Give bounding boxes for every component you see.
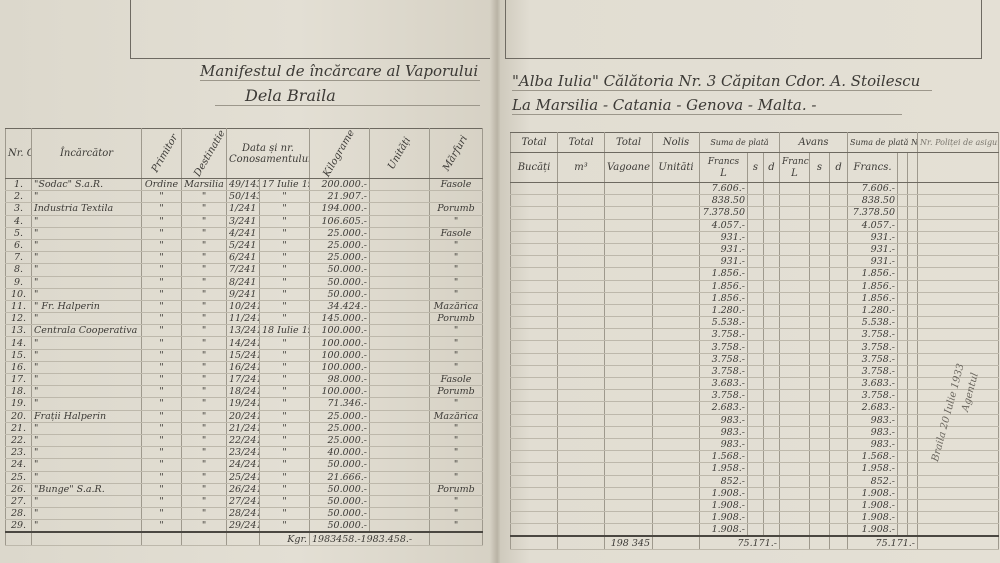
table-row: 3.758.-3.758.- <box>511 329 999 341</box>
cell-nr: 9. <box>6 276 32 288</box>
cell-kg: 25.000.- <box>310 227 370 239</box>
cell-shipper: "Sodac" S.a.R. <box>32 179 142 191</box>
left-page: Manifestul de încărcare al Vaporului Del… <box>0 0 497 563</box>
cell-amount-payable: 5.538.- <box>700 317 748 329</box>
cell-bl: 26/241 <box>227 483 260 495</box>
cell-nr: 11. <box>6 300 32 312</box>
cell-goods: " <box>430 447 483 459</box>
sub-d: d <box>764 153 780 183</box>
cell-shipper: " <box>32 215 142 227</box>
cell-shipper: " <box>32 276 142 288</box>
cell-bl: 24/241 <box>227 459 260 471</box>
sub-units: Unităti <box>653 153 700 183</box>
col-insurance-policy: Nr. Poliței de asigurare <box>918 133 999 153</box>
cell-amount-payable: 1.908.- <box>700 512 748 524</box>
cell-units <box>370 520 430 533</box>
cell-units <box>370 215 430 227</box>
cell-shipper: " <box>32 313 142 325</box>
cell-units <box>370 434 430 446</box>
cell-bl: 10/241 <box>227 300 260 312</box>
cell-amount-payable: 3.758.- <box>700 329 748 341</box>
table-row: 18."""18/241"100.000.-Porumb <box>6 386 483 398</box>
cell-nr: 6. <box>6 239 32 251</box>
table-row: 3.758.-3.758.- <box>511 390 999 402</box>
cell-units <box>370 203 430 215</box>
cell-destination: " <box>182 483 227 495</box>
cell-destination: " <box>182 398 227 410</box>
table-row: 1.908.-1.908.- <box>511 524 999 537</box>
cell-goods: Mazărica <box>430 410 483 422</box>
cell-nr: 2. <box>6 191 32 203</box>
table-row: 25."""25/241"21.666.-" <box>6 471 483 483</box>
cell-goods: " <box>430 239 483 251</box>
cell-units <box>370 398 430 410</box>
cell-destination: " <box>182 434 227 446</box>
col-units: Unități <box>370 129 430 179</box>
cell-kg: 21.907.- <box>310 191 370 203</box>
cell-bl: 4/241 <box>227 227 260 239</box>
cell-amount-payable: 1.958.- <box>700 463 748 475</box>
table-row: 1.908.-1.908.- <box>511 487 999 499</box>
cell-amount-net: 931.- <box>848 256 898 268</box>
cell-kg: 25.000.- <box>310 252 370 264</box>
cell-destination: " <box>182 325 227 337</box>
cell-units <box>370 361 430 373</box>
cell-goods <box>430 191 483 203</box>
cell-consignee: " <box>142 313 182 325</box>
sub-pieces: Bucăți <box>511 153 558 183</box>
cell-bl: 18/241 <box>227 386 260 398</box>
cell-amount-payable: 852.- <box>700 475 748 487</box>
table-row: 5."""4/241"25.000.-Fasole <box>6 227 483 239</box>
cell-consignee: " <box>142 422 182 434</box>
cell-amount-net: 3.758.- <box>848 365 898 377</box>
cell-amount-payable: 983.- <box>700 426 748 438</box>
cell-goods: Mazărica <box>430 300 483 312</box>
cell-units <box>370 264 430 276</box>
cell-shipper: " <box>32 422 142 434</box>
cell-amount-payable: 931.- <box>700 243 748 255</box>
freight-table: Total Total Total Nolis Suma de plată Av… <box>510 132 999 550</box>
cell-kg: 100.000.- <box>310 325 370 337</box>
cell-goods: " <box>430 361 483 373</box>
table-row: 4."""3/241"106.605.-" <box>6 215 483 227</box>
cell-amount-net: 2.683.- <box>848 402 898 414</box>
cell-shipper: " <box>32 361 142 373</box>
cell-amount-net: 1.908.- <box>848 512 898 524</box>
table-row: 1.568.-1.568.- <box>511 451 999 463</box>
table-row: 10."""9/241"50.000.-" <box>6 288 483 300</box>
ledger-spread: Manifestul de încărcare al Vaporului Del… <box>0 0 1000 563</box>
cell-bl: 49/143 <box>227 179 260 191</box>
cell-bl: 28/241 <box>227 508 260 520</box>
cell-nr: 10. <box>6 288 32 300</box>
cell-bl: 23/241 <box>227 447 260 459</box>
table-row: 27."""27/241"50.000.-" <box>6 495 483 507</box>
table-row: 22."""22/241"25.000.-" <box>6 434 483 446</box>
cell-destination: " <box>182 447 227 459</box>
cell-bl: 3/241 <box>227 215 260 227</box>
cell-amount-payable: 983.- <box>700 438 748 450</box>
cell-nr: 23. <box>6 447 32 459</box>
col-total-wagons: Total <box>605 133 653 153</box>
cell-nr: 18. <box>6 386 32 398</box>
cell-nr: 4. <box>6 215 32 227</box>
cell-nr: 21. <box>6 422 32 434</box>
table-row: 7.606.-7.606.- <box>511 183 999 195</box>
cell-amount-payable: 2.683.- <box>700 402 748 414</box>
cell-kg: 34.424.- <box>310 300 370 312</box>
cell-nr: 19. <box>6 398 32 410</box>
table-row: 852.-852.- <box>511 475 999 487</box>
cell-destination: " <box>182 300 227 312</box>
cell-bl: 22/241 <box>227 434 260 446</box>
cell-shipper: " <box>32 288 142 300</box>
cell-goods: " <box>430 349 483 361</box>
cell-consignee: " <box>142 386 182 398</box>
table-row: 26."Bunge" S.a.R.""26/241"50.000.-Porumb <box>6 483 483 495</box>
cell-nr: 1. <box>6 179 32 191</box>
cell-date: " <box>260 361 310 373</box>
cell-bl: 5/241 <box>227 239 260 251</box>
cell-shipper: " <box>32 374 142 386</box>
cell-units <box>370 483 430 495</box>
sub-net-francs: Francs. <box>848 153 898 183</box>
cell-destination: " <box>182 471 227 483</box>
cell-bl: 7/241 <box>227 264 260 276</box>
cell-date: " <box>260 215 310 227</box>
cell-goods: Porumb <box>430 203 483 215</box>
cell-units <box>370 179 430 191</box>
cell-destination: " <box>182 239 227 251</box>
cell-amount-net: 7.606.- <box>848 183 898 195</box>
cell-amount-net: 838.50 <box>848 195 898 207</box>
cell-amount-payable: 1.908.- <box>700 487 748 499</box>
cell-units <box>370 447 430 459</box>
table-row: 2."""50/143"21.907.- <box>6 191 483 203</box>
cell-date: " <box>260 337 310 349</box>
cell-date: " <box>260 447 310 459</box>
cell-destination: " <box>182 374 227 386</box>
cell-shipper: " <box>32 459 142 471</box>
cell-units <box>370 374 430 386</box>
cell-shipper: " <box>32 337 142 349</box>
cell-date: " <box>260 520 310 533</box>
total-payable: 75.171.- <box>700 536 780 549</box>
cell-amount-payable: 3.758.- <box>700 353 748 365</box>
cell-shipper: " <box>32 227 142 239</box>
table-row: 1.958.-1.958.- <box>511 463 999 475</box>
cell-amount-net: 1.280.- <box>848 304 898 316</box>
cell-shipper: " <box>32 471 142 483</box>
cell-kg: 106.605.- <box>310 215 370 227</box>
cell-amount-net: 5.538.- <box>848 317 898 329</box>
table-row: 28."""28/241"50.000.-" <box>6 508 483 520</box>
cell-consignee: " <box>142 495 182 507</box>
table-row: 23."""23/241"40.000.-" <box>6 447 483 459</box>
cell-bl: 14/241 <box>227 337 260 349</box>
cell-consignee: " <box>142 337 182 349</box>
cell-amount-payable: 3.758.- <box>700 365 748 377</box>
cell-goods: " <box>430 215 483 227</box>
cell-amount-payable: 1.908.- <box>700 499 748 511</box>
cell-consignee: " <box>142 471 182 483</box>
cell-units <box>370 239 430 251</box>
cell-units <box>370 252 430 264</box>
cell-consignee: " <box>142 252 182 264</box>
cell-nr: 13. <box>6 325 32 337</box>
cell-shipper: Industria Textila <box>32 203 142 215</box>
cell-consignee: " <box>142 361 182 373</box>
table-row: 4.057.-4.057.- <box>511 219 999 231</box>
cell-destination: " <box>182 361 227 373</box>
cell-shipper: " <box>32 264 142 276</box>
cell-goods: " <box>430 495 483 507</box>
col-advance: Avans <box>780 133 848 153</box>
cell-units <box>370 325 430 337</box>
cell-kg: 25.000.- <box>310 422 370 434</box>
cell-units <box>370 508 430 520</box>
cell-date: " <box>260 264 310 276</box>
cell-goods: Fasole <box>430 374 483 386</box>
cell-kg: 50.000.- <box>310 495 370 507</box>
cell-consignee: " <box>142 434 182 446</box>
cell-destination: " <box>182 422 227 434</box>
cell-shipper: " <box>32 434 142 446</box>
cell-amount-payable: 1.856.- <box>700 268 748 280</box>
route: La Marsilia - Catania - Genova - Malta. … <box>512 96 902 115</box>
table-row: 6."""5/241"25.000.-" <box>6 239 483 251</box>
cell-units <box>370 313 430 325</box>
cell-destination: " <box>182 264 227 276</box>
cell-nr: 28. <box>6 508 32 520</box>
table-row: 1.856.-1.856.- <box>511 268 999 280</box>
cell-consignee: " <box>142 508 182 520</box>
cell-destination: Marsilia <box>182 179 227 191</box>
cell-bl: 1/241 <box>227 203 260 215</box>
cell-amount-net: 1.856.- <box>848 280 898 292</box>
table-row: 3.Industria Textila""1/241"194.000.-Poru… <box>6 203 483 215</box>
cell-kg: 100.000.- <box>310 349 370 361</box>
cell-units <box>370 337 430 349</box>
cell-amount-net: 3.683.- <box>848 378 898 390</box>
table-row: 16."""16/241"100.000.-" <box>6 361 483 373</box>
cell-shipper: " <box>32 191 142 203</box>
cell-consignee: " <box>142 325 182 337</box>
cell-destination: " <box>182 288 227 300</box>
table-row: 3.758.-3.758.- <box>511 353 999 365</box>
cell-goods: " <box>430 252 483 264</box>
cell-destination: " <box>182 252 227 264</box>
cell-destination: " <box>182 495 227 507</box>
cell-amount-net: 983.- <box>848 414 898 426</box>
cell-consignee: " <box>142 520 182 533</box>
cell-consignee: " <box>142 398 182 410</box>
sub-payable-francs: FrancsL <box>700 153 748 183</box>
cell-shipper: " <box>32 520 142 533</box>
cell-destination: " <box>182 520 227 533</box>
cell-date: " <box>260 410 310 422</box>
cell-amount-payable: 1.856.- <box>700 280 748 292</box>
cell-date: " <box>260 349 310 361</box>
manifest-title: Manifestul de încărcare al Vaporului <box>200 62 480 81</box>
cell-shipper: "Bunge" S.a.R. <box>32 483 142 495</box>
cell-goods: " <box>430 471 483 483</box>
cell-nr: 14. <box>6 337 32 349</box>
table-row: 1.856.-1.856.- <box>511 292 999 304</box>
cell-goods: Porumb <box>430 483 483 495</box>
voyage-title: "Alba Iulia" Călătoria Nr. 3 Căpitan Cdo… <box>512 72 932 91</box>
table-row: 21."""21/241"25.000.-" <box>6 422 483 434</box>
cell-bl: 20/241 <box>227 410 260 422</box>
cell-shipper: " <box>32 252 142 264</box>
cell-units <box>370 191 430 203</box>
cell-date: " <box>260 386 310 398</box>
cell-consignee: " <box>142 459 182 471</box>
table-row: 12."""11/241"145.000.-Porumb <box>6 313 483 325</box>
cell-shipper: " <box>32 495 142 507</box>
cell-units <box>370 288 430 300</box>
col-total-pieces: Total <box>511 133 558 153</box>
table-row: 1.280.-1.280.- <box>511 304 999 316</box>
cell-goods: Fasole <box>430 179 483 191</box>
table-row: 11." Fr. Halperin""10/241"34.424.-Mazări… <box>6 300 483 312</box>
cell-shipper: " <box>32 398 142 410</box>
cell-shipper: " <box>32 386 142 398</box>
cell-nr: 16. <box>6 361 32 373</box>
top-frame-left <box>130 0 512 59</box>
cell-kg: 50.000.- <box>310 264 370 276</box>
sub-advance-francs: FrancsL <box>780 153 810 183</box>
cell-goods: " <box>430 288 483 300</box>
cell-amount-net: 3.758.- <box>848 329 898 341</box>
col-nr: Nr. Crt. <box>6 129 32 179</box>
cell-bl: 29/241 <box>227 520 260 533</box>
cell-destination: " <box>182 227 227 239</box>
cell-amount-net: 931.- <box>848 231 898 243</box>
cell-nr: 12. <box>6 313 32 325</box>
cell-goods: " <box>430 459 483 471</box>
table-row: 838.50838.50 <box>511 195 999 207</box>
cell-amount-net: 931.- <box>848 243 898 255</box>
cell-amount-payable: 4.057.- <box>700 219 748 231</box>
cell-amount-net: 3.758.- <box>848 390 898 402</box>
cell-shipper: " <box>32 239 142 251</box>
cell-date: " <box>260 471 310 483</box>
cell-destination: " <box>182 386 227 398</box>
cell-amount-payable: 1.280.- <box>700 304 748 316</box>
table-row: 983.-983.- <box>511 438 999 450</box>
cell-nr: 15. <box>6 349 32 361</box>
table-row: 13.Centrala Cooperativa""13/24118 Iulie … <box>6 325 483 337</box>
cell-kg: 25.000.- <box>310 239 370 251</box>
cell-consignee: " <box>142 215 182 227</box>
cell-date: " <box>260 374 310 386</box>
sub-m3: m³ <box>558 153 605 183</box>
cell-date: " <box>260 422 310 434</box>
cell-amount-net: 4.057.- <box>848 219 898 231</box>
cell-goods: " <box>430 276 483 288</box>
cell-consignee: " <box>142 410 182 422</box>
cell-goods: " <box>430 264 483 276</box>
cell-amount-net: 852.- <box>848 475 898 487</box>
sub-s-2: s <box>810 153 830 183</box>
cell-kg: 21.666.- <box>310 471 370 483</box>
cell-destination: " <box>182 508 227 520</box>
cell-amount-net: 983.- <box>848 426 898 438</box>
cell-nr: 26. <box>6 483 32 495</box>
sub-s: s <box>748 153 764 183</box>
sub-wagons: Vagoane <box>605 153 653 183</box>
cell-amount-payable: 838.50 <box>700 195 748 207</box>
cell-amount-net: 1.908.- <box>848 499 898 511</box>
cell-shipper: Centrala Cooperativa <box>32 325 142 337</box>
total-kilograms: 1983458.-1983.458.- <box>310 532 430 545</box>
cell-consignee: " <box>142 300 182 312</box>
cell-amount-net: 1.856.- <box>848 268 898 280</box>
table-row: 7.378.507.378.50 <box>511 207 999 219</box>
cell-destination: " <box>182 215 227 227</box>
cell-date: " <box>260 239 310 251</box>
port-of-loading: Dela Braila <box>215 86 480 106</box>
col-date-bl: Data și nr. Conosamentului <box>227 129 310 179</box>
cell-consignee: " <box>142 483 182 495</box>
cell-amount-net: 3.758.- <box>848 341 898 353</box>
cell-amount-net: 1.568.- <box>848 451 898 463</box>
cell-amount-payable: 7.378.50 <box>700 207 748 219</box>
cell-amount-net: 7.378.50 <box>848 207 898 219</box>
table-row: 17."""17/241"98.000.-Fasole <box>6 374 483 386</box>
col-destination: Destinatie <box>182 129 227 179</box>
cell-bl: 9/241 <box>227 288 260 300</box>
cell-bl: 25/241 <box>227 471 260 483</box>
cell-kg: 50.000.- <box>310 508 370 520</box>
cell-kg: 100.000.- <box>310 361 370 373</box>
table-row: 983.-983.- <box>511 426 999 438</box>
cell-date: " <box>260 459 310 471</box>
cell-nr: 5. <box>6 227 32 239</box>
cell-consignee: " <box>142 264 182 276</box>
cell-nr: 29. <box>6 520 32 533</box>
col-shipper: Încărcător <box>32 129 142 179</box>
cell-consignee: Ordine <box>142 179 182 191</box>
cell-units <box>370 227 430 239</box>
table-row: 2.683.-2.683.- <box>511 402 999 414</box>
cell-units <box>370 300 430 312</box>
table-row: 3.758.-3.758.- <box>511 341 999 353</box>
cell-kg: 25.000.- <box>310 410 370 422</box>
cell-bl: 15/241 <box>227 349 260 361</box>
cell-bl: 8/241 <box>227 276 260 288</box>
cell-date: 17 Iulie 1933 <box>260 179 310 191</box>
cell-date: " <box>260 203 310 215</box>
cell-amount-payable: 3.758.- <box>700 341 748 353</box>
cell-units <box>370 410 430 422</box>
cell-shipper: " <box>32 508 142 520</box>
cell-bl: 11/241 <box>227 313 260 325</box>
cell-kg: 50.000.- <box>310 288 370 300</box>
cell-nr: 3. <box>6 203 32 215</box>
table-row: 3.758.-3.758.- <box>511 365 999 377</box>
cell-amount-payable: 931.- <box>700 256 748 268</box>
cell-date: " <box>260 276 310 288</box>
cell-consignee: " <box>142 203 182 215</box>
cell-consignee: " <box>142 374 182 386</box>
cell-bl: 6/241 <box>227 252 260 264</box>
cell-bl: 19/241 <box>227 398 260 410</box>
right-page: "Alba Iulia" Călătoria Nr. 3 Căpitan Cdo… <box>500 0 1000 563</box>
cell-date: " <box>260 313 310 325</box>
